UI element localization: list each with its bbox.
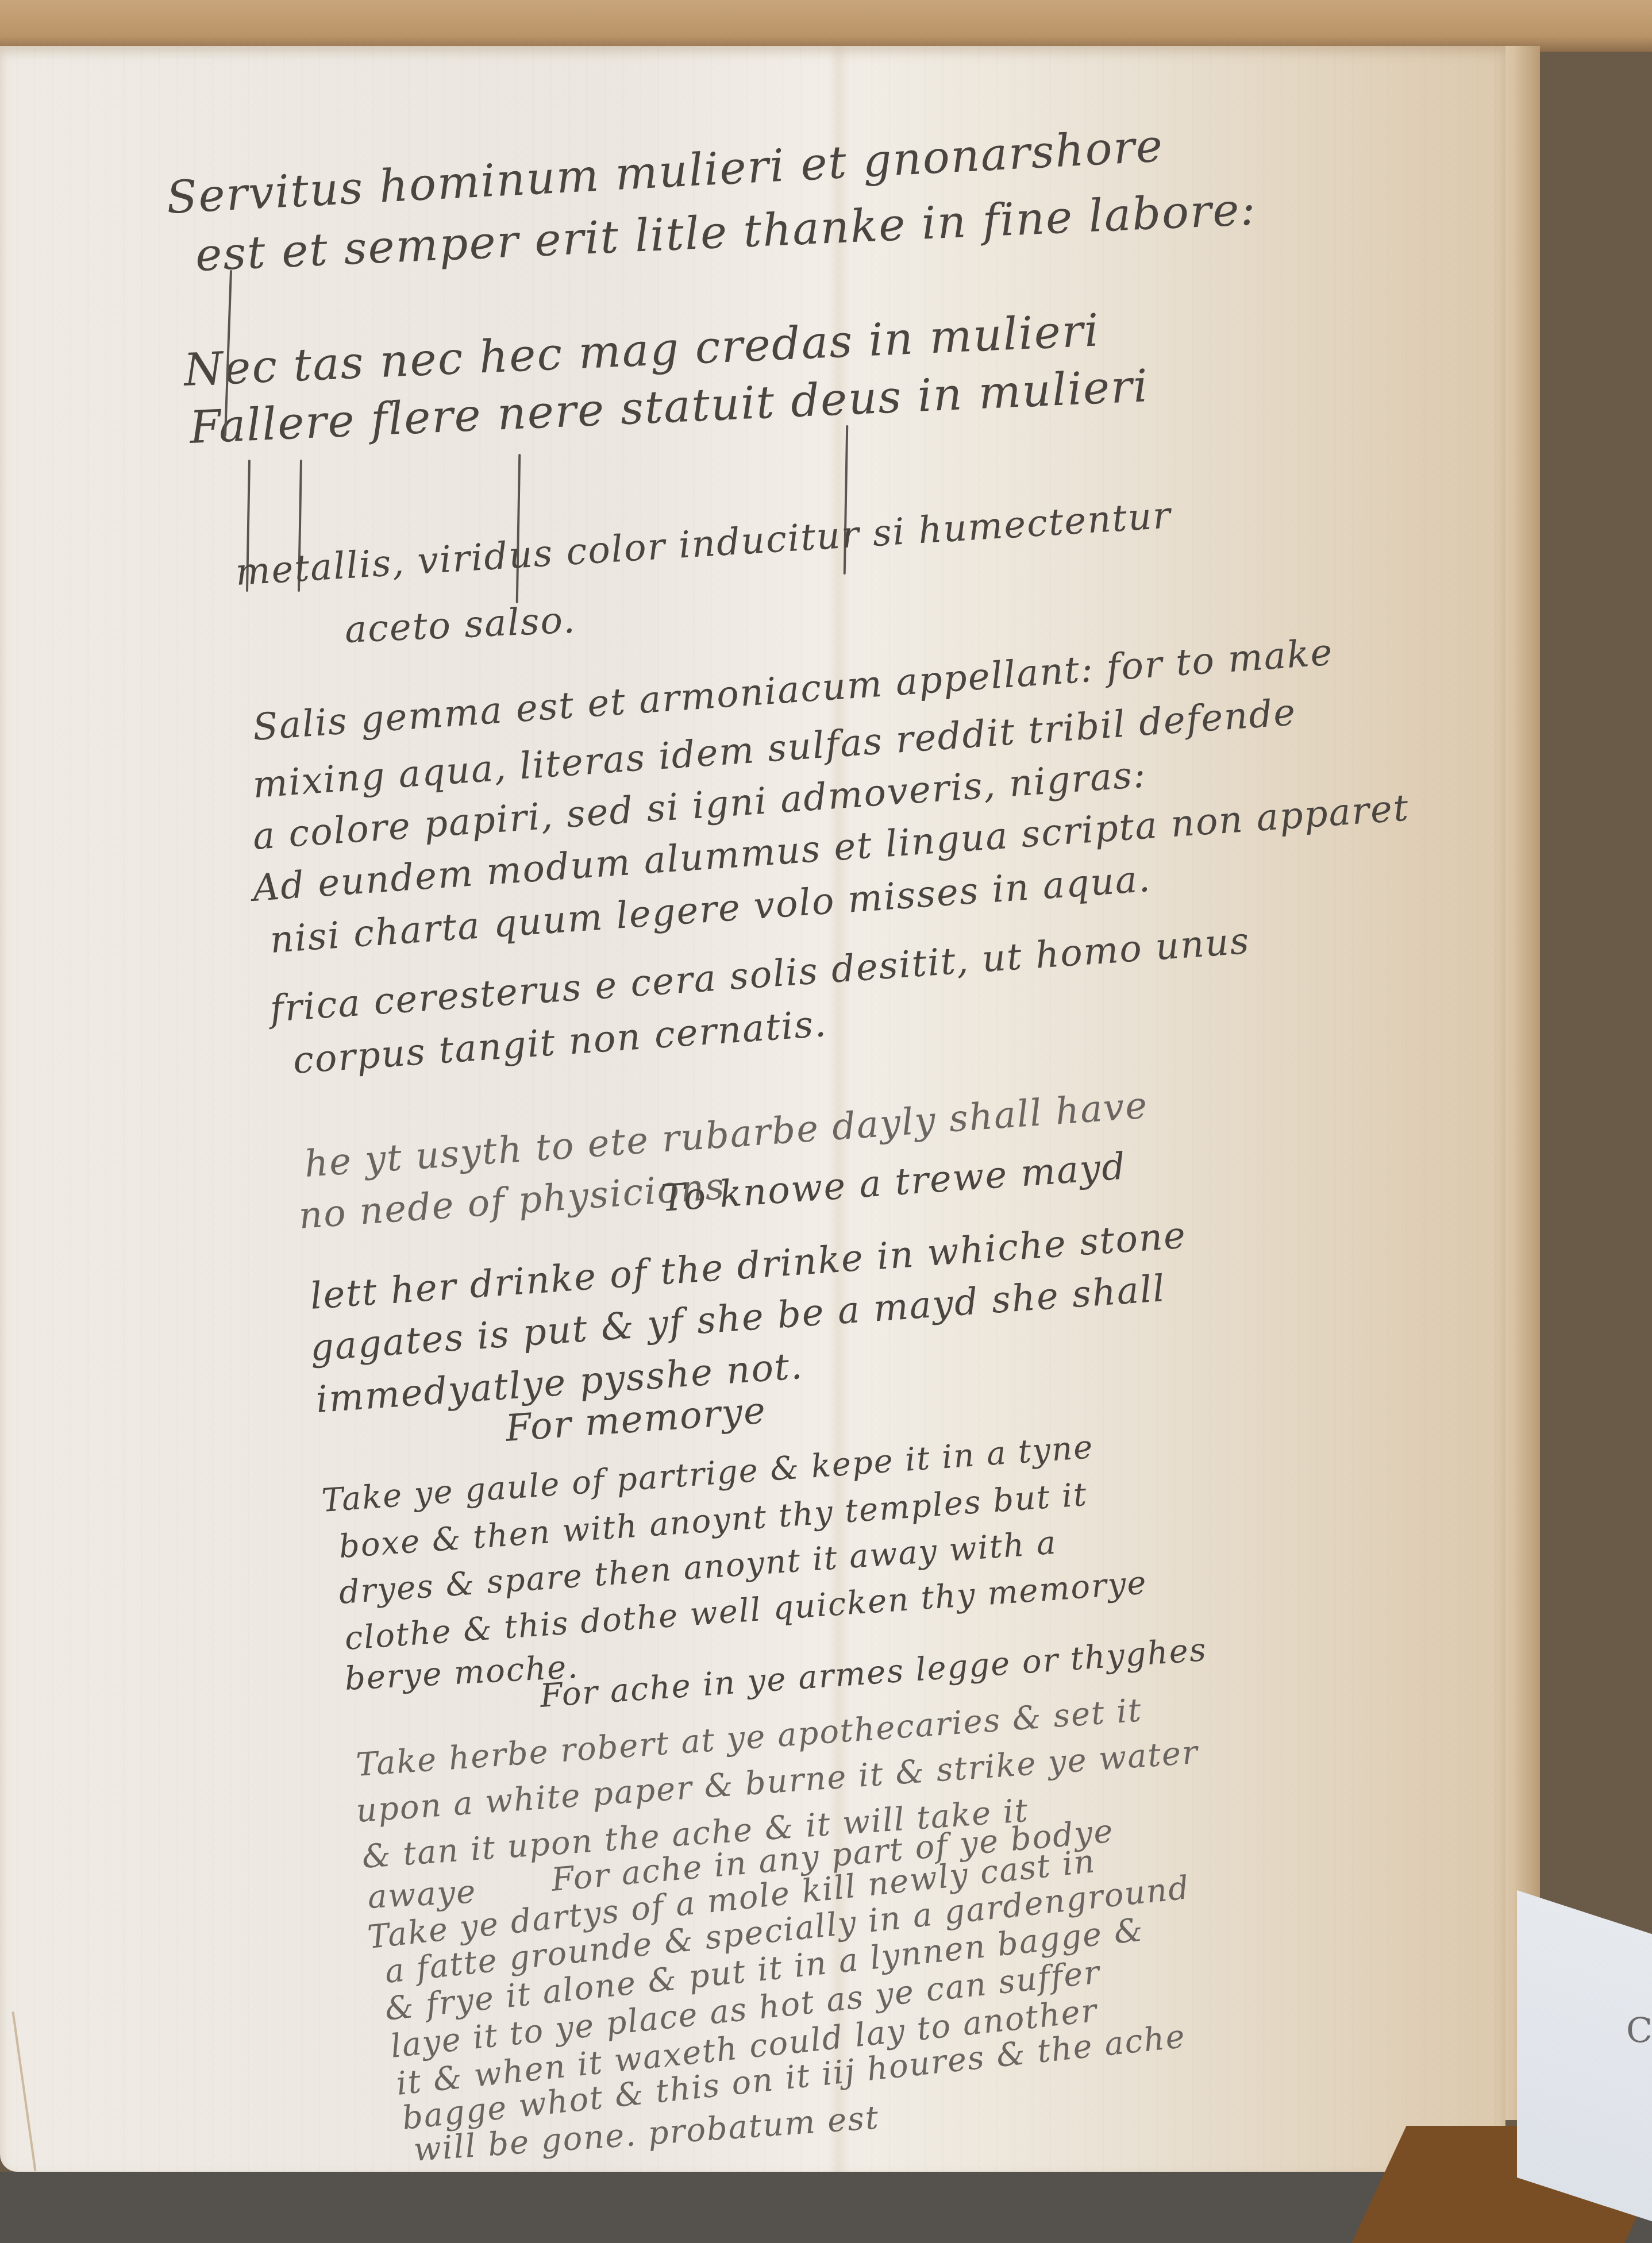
adjacent-page — [1517, 1890, 1652, 2226]
top-backdrop — [0, 0, 1652, 52]
adjacent-page-text: C — [1626, 2011, 1652, 2051]
